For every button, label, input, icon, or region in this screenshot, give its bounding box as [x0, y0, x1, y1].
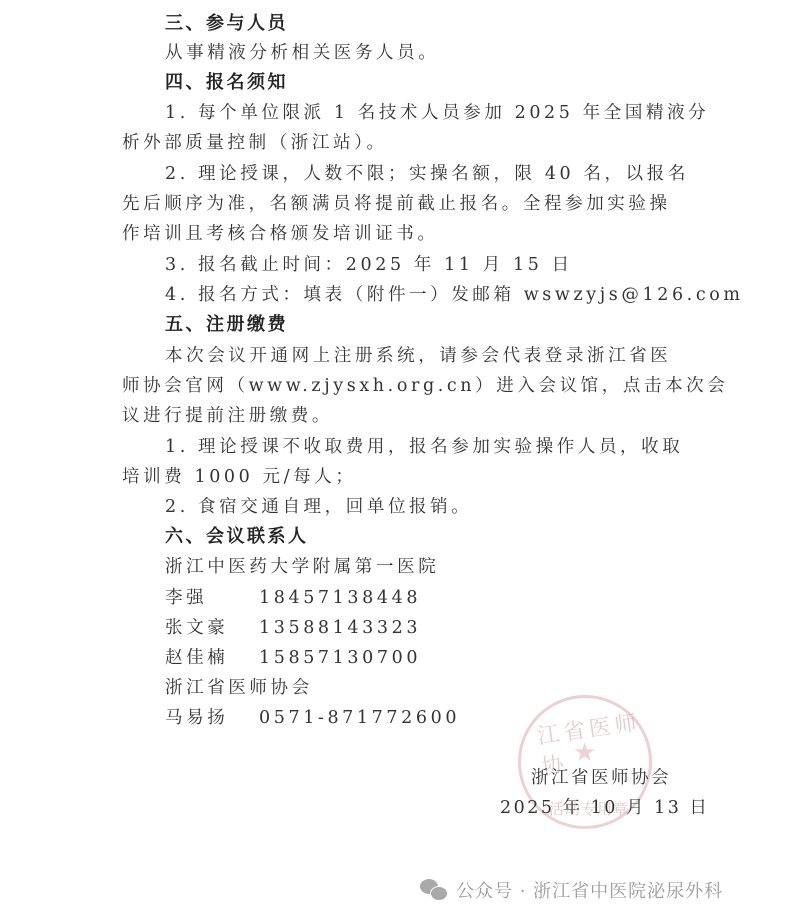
section-heading: 三、参与人员 [165, 12, 288, 36]
contact-phone: 15857130700 [259, 648, 421, 668]
document-page: 三、参与人员从事精液分析相关医务人员。四、报名须知1. 每个单位限派 1 名技术… [0, 0, 800, 860]
contact-row: 张文豪13588143323 [165, 616, 421, 640]
contact-row: 赵佳楠15857130700 [165, 646, 421, 670]
paragraph-line: 作培训且考核合格颁发培训证书。 [122, 222, 439, 246]
contact-phone: 13588143323 [259, 618, 421, 638]
paragraph-line: 师协会官网（www.zjysxh.org.cn）进入会议馆，点击本次会 [122, 374, 728, 398]
contact-name: 张文豪 [165, 616, 259, 640]
section-heading: 四、报名须知 [165, 71, 288, 95]
contact-name: 赵佳楠 [165, 646, 259, 670]
paragraph-line: 1. 每个单位限派 1 名技术人员参加 2025 年全国精液分 [165, 101, 709, 125]
contact-name: 马易扬 [165, 706, 259, 730]
contact-organization: 浙江省医师协会 [165, 676, 313, 700]
paragraph-line: 本次会议开通网上注册系统，请参会代表登录浙江省医 [165, 344, 671, 368]
section-heading: 五、注册缴费 [165, 313, 288, 337]
paragraph-line: 培训费 1000 元/每人； [122, 465, 356, 489]
contact-name: 李强 [165, 586, 259, 610]
paragraph-line: 析外部质量控制（浙江站）。 [122, 131, 388, 155]
contact-organization: 浙江中医药大学附属第一医院 [165, 555, 439, 579]
wechat-account-footer[interactable]: 公众号 · 浙江省中医院泌尿外科 [420, 876, 723, 904]
paragraph-line: 2. 食宿交通自理，回单位报销。 [165, 495, 472, 519]
wechat-icon [420, 879, 448, 901]
paragraph-line: 2. 理论授课，人数不限；实操名额，限 40 名，以报名 [165, 162, 689, 186]
paragraph-line: 从事精液分析相关医务人员。 [165, 41, 439, 65]
contact-row: 马易扬0571-871772600 [165, 706, 460, 730]
signature-date: 2025 年 10 月 13 日 [500, 794, 709, 819]
paragraph-line: 先后顺序为准，名额满员将提前截止报名。全程参加实验操 [122, 192, 671, 216]
contact-row: 李强18457138448 [165, 586, 421, 610]
signature-org: 浙江省医师协会 [531, 764, 671, 789]
paragraph-line: 议进行提前注册缴费。 [122, 404, 333, 428]
contact-phone: 0571-871772600 [259, 708, 460, 728]
paragraph-line: 4. 报名方式：填表（附件一）发邮箱 wswzyjs@126.com [165, 283, 744, 307]
paragraph-line: 1. 理论授课不收取费用，报名参加实验操作人员，收取 [165, 435, 683, 459]
section-heading: 六、会议联系人 [165, 525, 309, 549]
contact-phone: 18457138448 [259, 588, 421, 608]
footer-label: 公众号 · 浙江省中医院泌尿外科 [456, 877, 723, 903]
paragraph-line: 3. 报名截止时间：2025 年 11 月 15 日 [165, 253, 573, 277]
